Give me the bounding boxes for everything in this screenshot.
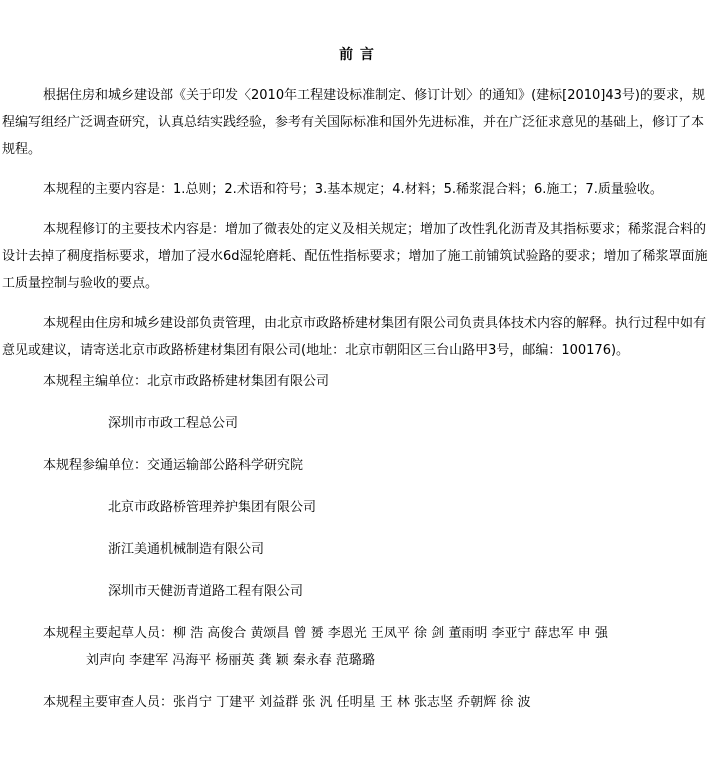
paragraph-management-contact: 本规程由住房和城乡建设部负责管理，由北京市政路桥建材集团有限公司负责具体技术内容… bbox=[2, 310, 712, 364]
chief-editor-unit-line: 本规程主编单位：北京市政路桥建材集团有限公司 bbox=[2, 368, 712, 395]
paragraph-main-contents: 本规程的主要内容是：1.总则；2.术语和符号；3.基本规定；4.材料；5.稀浆混… bbox=[2, 176, 712, 203]
participating-unit-line: 本规程参编单位：交通运输部公路科学研究院 bbox=[2, 452, 712, 479]
participating-unit-extra-3: 深圳市天健沥青道路工程有限公司 bbox=[2, 578, 712, 605]
foreword-page: 前 言 根据住房和城乡建设部《关于印发〈2010年工程建设标准制定、修订计划〉的… bbox=[0, 0, 720, 763]
participating-unit-extra-2: 浙江美通机械制造有限公司 bbox=[2, 536, 712, 563]
reviewers-line: 本规程主要审查人员：张肖宁 丁建平 刘益群 张 汎 任明星 王 林 张志坚 乔朝… bbox=[2, 689, 712, 716]
page-title: 前 言 bbox=[2, 42, 712, 69]
drafters-line-2: 刘声向 李建军 冯海平 杨丽英 龚 颖 秦永春 范璐璐 bbox=[2, 647, 712, 674]
drafters-line-1: 本规程主要起草人员：柳 浩 高俊合 黄颂昌 曾 赟 李恩光 王凤平 徐 剑 董雨… bbox=[2, 620, 712, 647]
participating-unit-extra-1: 北京市政路桥管理养护集团有限公司 bbox=[2, 494, 712, 521]
chief-editor-unit-extra: 深圳市市政工程总公司 bbox=[2, 410, 712, 437]
paragraph-revision-contents: 本规程修订的主要技术内容是：增加了微表处的定义及相关规定；增加了改性乳化沥青及其… bbox=[2, 216, 712, 297]
paragraph-basis: 根据住房和城乡建设部《关于印发〈2010年工程建设标准制定、修订计划〉的通知》(… bbox=[2, 82, 712, 163]
